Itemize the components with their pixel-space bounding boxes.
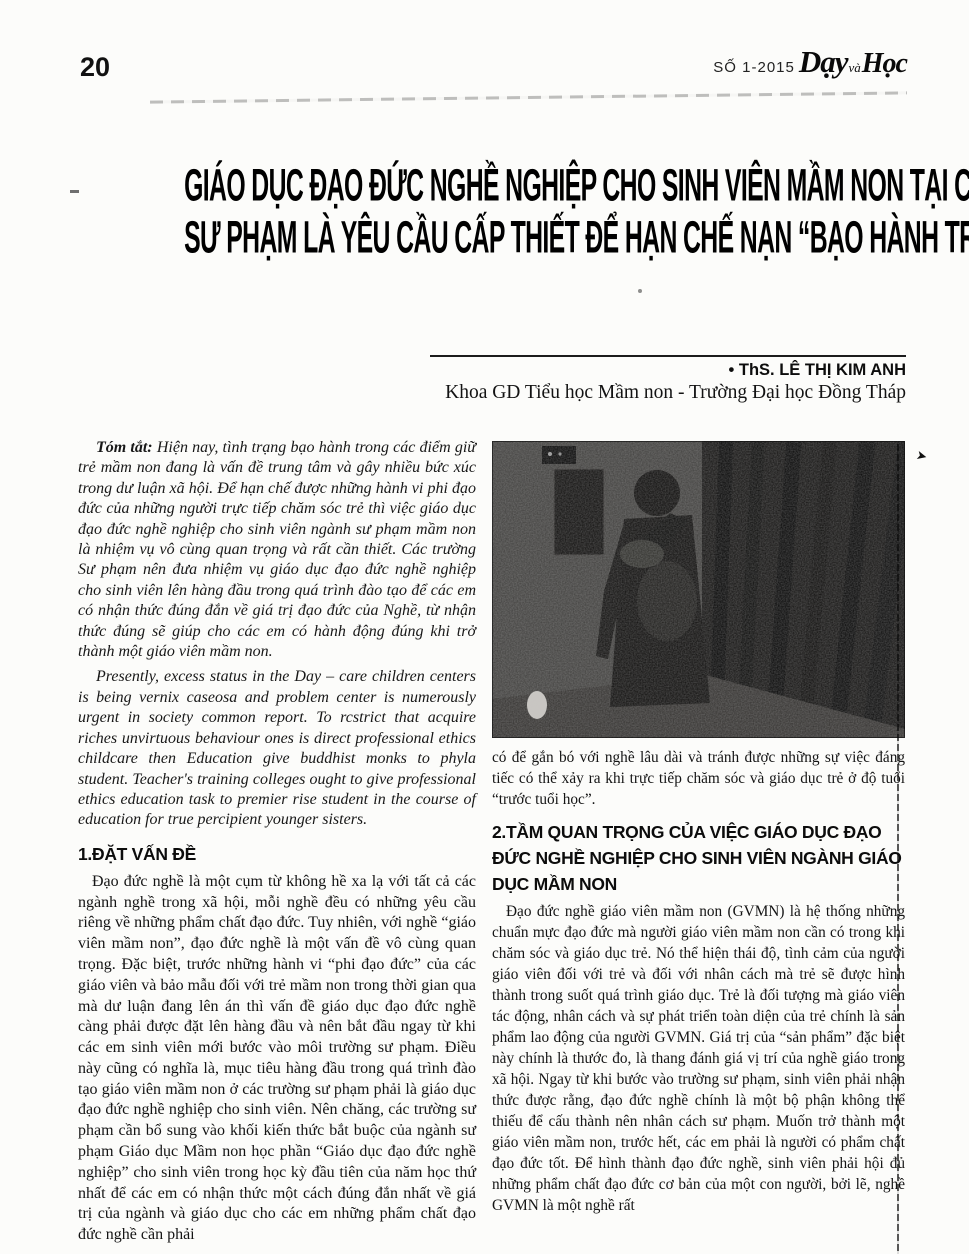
article-photo: ➤: [492, 441, 905, 738]
section-1-continuation: có để gắn bó với nghề lâu dài và tránh đ…: [492, 747, 905, 810]
journal-logo-word-2: và: [849, 60, 861, 75]
title-line-2: SƯ PHẠM LÀ YÊU CẦU CẤP THIẾT ĐỂ HẠN CHẾ …: [184, 209, 785, 268]
article-photo-image: [492, 441, 905, 738]
section-2-body: Đạo đức nghề giáo viên mầm non (GVMN) là…: [492, 901, 905, 1216]
scan-binding-streak: [897, 444, 899, 1254]
journal-masthead: SỐ 1-2015 DạyvàHọc: [713, 44, 907, 80]
abstract-label: Tóm tắt:: [96, 439, 153, 456]
left-column: Tóm tắt: Hiện nay, tình trạng bạo hành t…: [78, 438, 476, 1246]
scan-smudge-line: [150, 91, 907, 103]
title-line-1: GIÁO DỤC ĐẠO ĐỨC NGHỀ NGHIỆP CHO SINH VI…: [184, 157, 785, 216]
page-number: 20: [80, 52, 110, 83]
issue-label: SỐ 1-2015: [713, 59, 795, 76]
scan-artifact-dot: [638, 289, 642, 293]
section-2-heading: 2.TẦM QUAN TRỌNG CỦA VIỆC GIÁO DỤC ĐẠO Đ…: [492, 819, 905, 897]
journal-logo-word-1: Dạy: [799, 44, 848, 79]
author-name: • ThS. LÊ THỊ KIM ANH: [729, 361, 907, 380]
article-title: GIÁO DỤC ĐẠO ĐỨC NGHỀ NGHIỆP CHO SINH VI…: [0, 160, 969, 264]
journal-logo: DạyvàHọc: [799, 59, 907, 76]
section-1-body: Đạo đức nghề là một cụm từ không hề xa l…: [78, 872, 476, 1246]
author-affiliation: Khoa GD Tiểu học Mầm non - Trường Đại họ…: [445, 382, 906, 404]
abstract-vietnamese-text: Hiện nay, tình trạng bạo hành trong các …: [78, 439, 476, 660]
scan-artifact-dash: [70, 190, 79, 193]
section-1-heading: 1.ĐẶT VẤN ĐỀ: [78, 842, 476, 867]
abstract-english: Presently, excess status in the Day – ca…: [78, 667, 476, 830]
journal-logo-word-3: Học: [862, 48, 907, 79]
cursor-arrow-mark: ➤: [914, 448, 928, 465]
byline-rule: [430, 355, 906, 357]
scanned-page: 20 SỐ 1-2015 DạyvàHọc GIÁO DỤC ĐẠO ĐỨC N…: [0, 0, 969, 1254]
abstract-vietnamese: Tóm tắt: Hiện nay, tình trạng bạo hành t…: [78, 438, 476, 662]
right-column: ➤ có để gắn bó với nghề lâu dài và tránh…: [492, 441, 905, 1216]
